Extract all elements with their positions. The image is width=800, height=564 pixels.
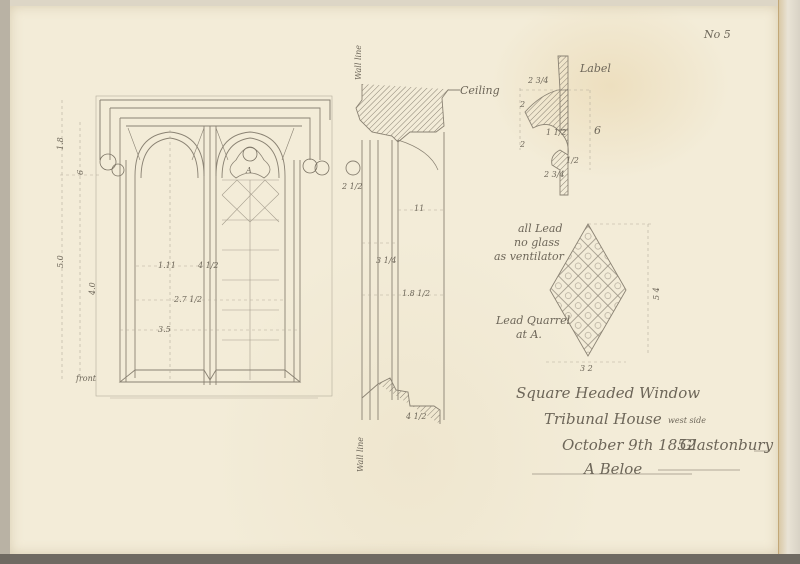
label-dim-3: 2 <box>520 140 525 149</box>
quarrel-note2-line1: Lead Quarrel <box>496 314 570 327</box>
wall-line-top-label: Wall line <box>354 45 363 80</box>
quarrel-width: 3 2 <box>580 364 593 373</box>
elev-label-front: front <box>76 374 96 383</box>
elev-dim-mullion: 4 1/2 <box>198 261 219 270</box>
section-dim-2: 11 <box>414 204 424 213</box>
elev-dim-4: 4.0 <box>88 282 97 295</box>
wall-line-bottom-label: Wall line <box>356 437 365 472</box>
quarrel-note-line2: no glass <box>514 236 560 249</box>
caption-author: A Beloe <box>584 460 642 478</box>
section-dim-4: 1.8 1/2 <box>402 289 430 298</box>
caption-side: west side <box>668 416 706 425</box>
quarrel-height: 5 4 <box>652 287 661 300</box>
quarrel-note-line3: as ventilator <box>494 250 564 263</box>
window-section <box>346 84 460 424</box>
elev-label-a: A <box>246 166 252 175</box>
elev-dim-lights: 2.7 1/2 <box>174 295 202 304</box>
label-dim-1: 2 <box>520 100 525 109</box>
ceiling-label: Ceiling <box>460 84 500 97</box>
label-dim-2: 1 1/2 <box>546 128 567 137</box>
label-dim-bottom: 2 3/4 <box>544 170 565 179</box>
section-dim-3: 3 1/4 <box>376 256 397 265</box>
elev-dim-3: 5.0 <box>56 255 65 268</box>
caption-underlines <box>532 451 770 474</box>
caption-place: Glastonbury <box>680 436 773 454</box>
page-number: No 5 <box>704 28 731 41</box>
elev-dim-overall: 3.5 <box>158 325 171 334</box>
quarrel-note-line1: all Lead <box>518 222 563 235</box>
lead-quarrel-diamond <box>546 224 652 362</box>
elev-dim-light-width: 1.11 <box>158 261 176 270</box>
elev-dim-1: 1.8 <box>56 137 65 150</box>
caption-date: October 9th 1852 <box>562 436 696 454</box>
caption-title: Square Headed Window <box>516 384 700 402</box>
label-dim-height: 6 <box>594 124 601 137</box>
label-dim-half: 1/2 <box>566 156 579 165</box>
label-dim-width: 2 3/4 <box>528 76 549 85</box>
section-dim-1: 2 1/2 <box>342 182 363 191</box>
architectural-drawing <box>0 0 800 564</box>
elev-dim-2: 6 <box>76 170 85 175</box>
caption-location: Tribunal House <box>544 410 662 428</box>
section-dim-5: 4 1/2 <box>406 412 427 421</box>
quarrel-note2-line2: at A. <box>516 328 542 341</box>
label-profile-title: Label <box>580 62 611 75</box>
window-elevation <box>60 96 332 398</box>
